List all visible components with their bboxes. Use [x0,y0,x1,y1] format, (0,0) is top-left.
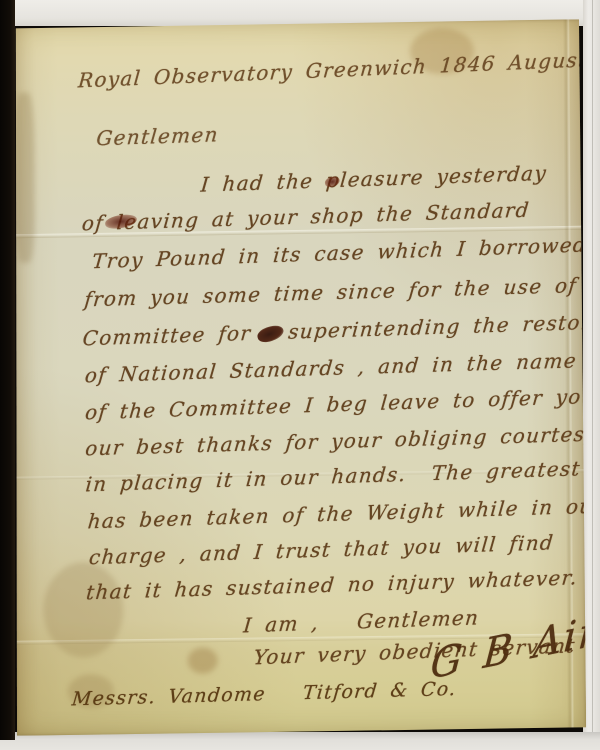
letter-line: our best thanks for your obliging courte… [84,422,599,461]
letter-line: I had the pleasure yesterday [200,161,548,197]
letter-line: that it has sustained no injury whatever… [85,565,579,604]
paper-stain [43,562,124,657]
dateline: Royal Observatory Greenwich 1846 August … [77,46,600,92]
table-surface-right [583,0,600,750]
letter-line: has been taken of the Weight while in ou… [87,493,600,533]
letter-line-part: Committee for [82,321,253,351]
letter-line: Troy Pound in its case which I borrowed [91,232,588,273]
letter-line-part: superintending the restoration [287,308,600,344]
paper-stain [188,648,218,674]
ink-blot [256,322,285,345]
letter-line: Committee forsuperintending the restorat… [82,308,600,350]
letter-paper: Royal Observatory Greenwich 1846 August … [12,19,586,735]
address-line: Messrs. Vandome Titford & Co. [71,678,458,710]
letter-line: of National Standards , and in the name [84,348,578,387]
closing-line: I am , Gentlemen [242,605,480,637]
shadow-strip-left [0,0,15,740]
photo-background: Royal Observatory Greenwich 1846 August … [0,0,600,750]
paper-stain [14,93,35,263]
salutation: Gentlemen [95,122,219,150]
table-surface-bottom [0,732,600,750]
letter-line: of the Committee I beg leave to offer yo… [84,384,597,425]
letter-line: from you some time since for the use of … [83,272,600,312]
letter-line: charge , and I trust that you will find [88,530,555,569]
letter-line: in placing it in our hands. The greatest… [85,454,600,496]
